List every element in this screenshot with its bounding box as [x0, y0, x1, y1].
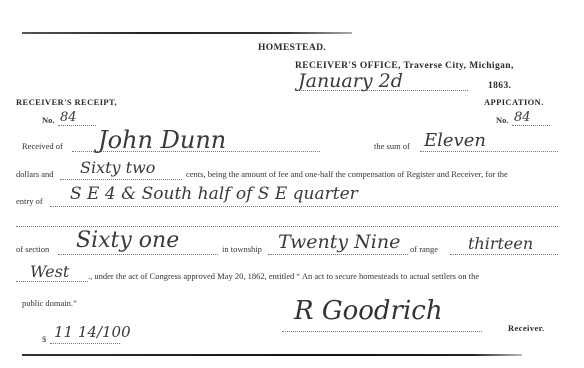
range-label: of range — [410, 244, 438, 254]
direction-line — [16, 281, 88, 282]
form-title: HOMESTEAD. — [258, 43, 326, 53]
top-border-rule — [22, 32, 352, 34]
section-label: of section — [16, 244, 49, 254]
receipt-no-label: No. — [42, 115, 55, 125]
entry-value: S E 4 & South half of S E quarter — [70, 184, 358, 204]
application-no: 84 — [514, 110, 531, 125]
entry-label: entry of — [16, 196, 43, 206]
range-line — [450, 254, 558, 255]
date-handwritten: January 2d — [298, 70, 403, 92]
entry-continuation-line — [16, 226, 558, 227]
bottom-border-rule — [22, 354, 522, 356]
section-value: Sixty one — [76, 228, 179, 253]
received-of-name: John Dunn — [98, 126, 226, 154]
amount-symbol: $ — [42, 334, 46, 344]
township-value: Twenty Nine — [278, 231, 400, 253]
receipt-no-line — [58, 125, 96, 126]
section-line — [58, 254, 218, 255]
township-line — [268, 254, 408, 255]
range-value: thirteen — [468, 234, 533, 253]
received-of-label: Received of — [22, 141, 63, 151]
application-no-label: No. — [496, 115, 509, 125]
cents-text: cents, being the amount of fee and one-h… — [186, 169, 508, 179]
application-no-line — [512, 125, 550, 126]
application-heading: APPICATION. — [484, 97, 544, 107]
sum-label: the sum of — [374, 141, 410, 151]
dollars-and-label: dollars and — [16, 169, 54, 179]
receipt-no: 84 — [60, 110, 77, 125]
sum-dollars: Eleven — [424, 130, 486, 151]
township-label: in township — [222, 244, 262, 254]
direction-value: West — [30, 262, 69, 281]
cents-written: Sixty two — [80, 158, 155, 177]
amount-value: 11 14/100 — [54, 323, 131, 341]
year: 1863. — [488, 81, 511, 91]
receivers-receipt-heading: RECEIVER'S RECEIPT, — [16, 97, 117, 107]
amount-line — [50, 343, 120, 344]
receiver-signature: R Goodrich — [294, 296, 443, 326]
sum-line — [420, 151, 558, 152]
act-text: ., under the act of Congress approved Ma… — [88, 271, 479, 281]
entry-line — [50, 206, 558, 207]
signature-line — [282, 331, 482, 332]
cents-line — [60, 179, 182, 180]
receiver-label: Receiver. — [508, 323, 545, 333]
public-domain-text: public domain.” — [22, 298, 77, 308]
